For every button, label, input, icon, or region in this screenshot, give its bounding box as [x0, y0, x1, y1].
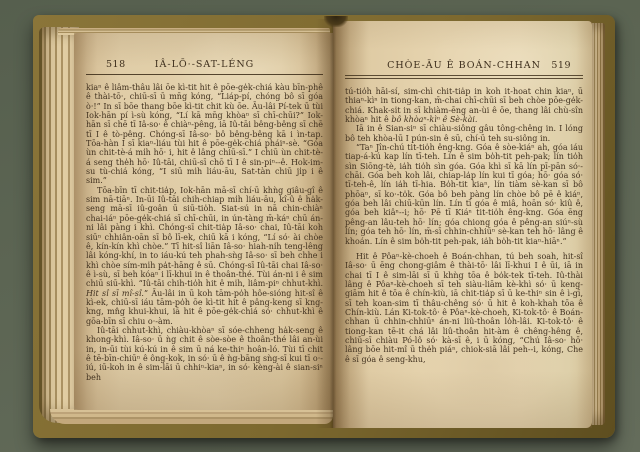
right-page: CHÒE-ĀU Ê BOÁN-CHHAN 519 tú-tio̍h hāi-sí…	[333, 21, 592, 428]
right-page-number: 519	[551, 60, 571, 71]
left-header-rule	[86, 74, 323, 75]
paragraph: tú-tio̍h hāi-sí, sim-chì chit-tia̍p in k…	[345, 87, 583, 124]
paragraph: “Taⁿ Jîn-chú tit-tio̍h êng-kng. Góa ê sò…	[345, 143, 583, 246]
photo-of-open-book: 518 IÂ-LŌ·-SAT-LÉNG kiaⁿ ê liâm-thâu lâi…	[0, 0, 640, 452]
right-page-text: tú-tio̍h hāi-sí, sim-chì chit-tia̍p in k…	[345, 87, 583, 364]
paragraph: Iā in ê Sian-siⁿ sī chiàu-siông gâu tông…	[345, 124, 583, 143]
paragraph: Tōa-bīn tī chit-tia̍p, Iok-hān mā-sī chí…	[86, 186, 323, 326]
left-page: 518 IÂ-LŌ·-SAT-LÉNG kiaⁿ ê liâm-thâu lâi…	[74, 33, 333, 410]
left-page-content: 518 IÂ-LŌ·-SAT-LÉNG kiaⁿ ê liâm-thâu lâi…	[74, 33, 333, 410]
paragraph: Iû-tāi chhut-khì, chiàu-khòaⁿ sī sóe-chh…	[86, 326, 323, 382]
right-running-title: CHÒE-ĀU Ê BOÁN-CHHAN	[387, 60, 541, 71]
left-page-edge-stack	[39, 27, 79, 423]
paragraph: kiaⁿ ê liâm-thâu lâi ōe kì-tit hit ê pōe…	[86, 83, 323, 186]
right-header-rule	[345, 75, 583, 79]
right-page-edge-stack	[592, 23, 605, 425]
right-page-content: CHÒE-ĀU Ê BOÁN-CHHAN 519 tú-tio̍h hāi-sí…	[333, 21, 592, 428]
left-running-title: IÂ-LŌ·-SAT-LÉNG	[155, 59, 254, 70]
right-page-header: CHÒE-ĀU Ê BOÁN-CHHAN 519	[345, 60, 583, 72]
paragraph: Hit ê Pôaⁿ-kè-choeh ê Boán-chhan, tú beh…	[345, 252, 583, 364]
left-page-header: 518 IÂ-LŌ·-SAT-LÉNG	[86, 59, 323, 71]
left-page-number: 518	[106, 59, 126, 70]
bottom-page-edge-stack	[50, 409, 333, 424]
left-page-text: kiaⁿ ê liâm-thâu lâi ōe kì-tit hit ê pōe…	[86, 83, 323, 382]
